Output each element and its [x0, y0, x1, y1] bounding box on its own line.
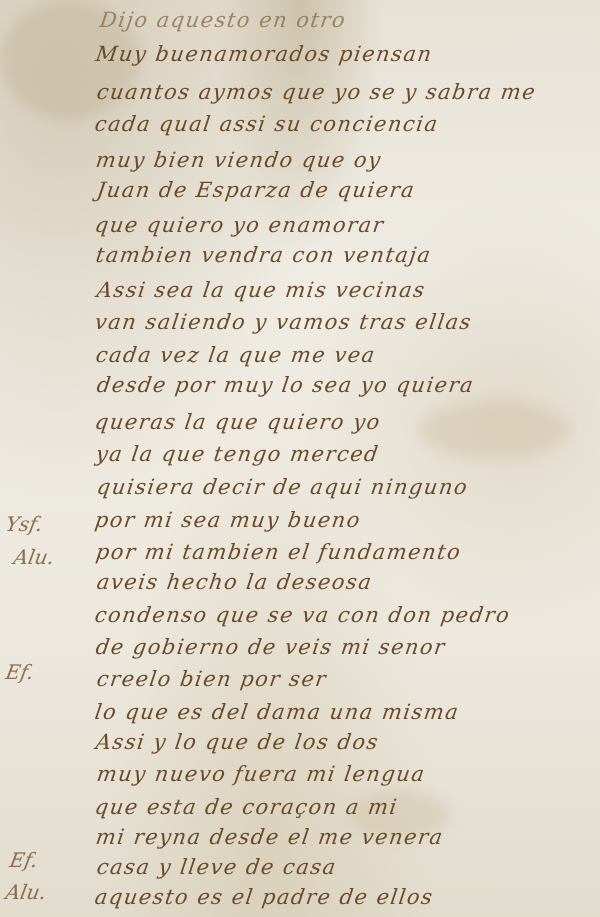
- manuscript-line: desde por muy lo sea yo quiera: [95, 373, 476, 397]
- margin-speaker-note: Ef.: [4, 660, 36, 684]
- manuscript-line: cuantos aymos que yo se y sabra me: [95, 80, 538, 104]
- manuscript-line: quisiera decir de aqui ninguno: [95, 475, 470, 499]
- manuscript-line: Assi sea la que mis vecinas: [95, 278, 427, 302]
- manuscript-line: que quiero yo enamorar: [93, 213, 386, 237]
- manuscript-line: aquesto es el padre de ellos: [93, 885, 435, 909]
- margin-speaker-note: Ef.: [8, 848, 40, 872]
- margin-speaker-note: Alu.: [12, 545, 56, 569]
- manuscript-line: creelo bien por ser: [95, 667, 328, 691]
- manuscript-line: van saliendo y vamos tras ellas: [93, 310, 473, 334]
- manuscript-line: ya la que tengo merced: [94, 442, 381, 466]
- manuscript-line: Juan de Esparza de quiera: [95, 178, 417, 202]
- manuscript-line: por mi tambien el fundamento: [94, 540, 463, 564]
- manuscript-line: queras la que quiero yo: [93, 410, 382, 434]
- manuscript-line: mi reyna desde el me venera: [94, 825, 445, 849]
- manuscript-line: casa y lleve de casa: [95, 855, 338, 879]
- manuscript-line: cada qual assi su conciencia: [93, 112, 440, 136]
- manuscript-line: Assi y lo que de los dos: [94, 730, 380, 754]
- manuscript-page: Dijo aquesto en otroMuy buenamorados pie…: [0, 0, 600, 917]
- manuscript-line: condenso que se va con don pedro: [93, 603, 512, 627]
- manuscript-line: muy bien viendo que oy: [94, 148, 383, 172]
- margin-speaker-note: Alu.: [4, 880, 48, 904]
- manuscript-line: Dijo aquesto en otro: [98, 8, 348, 32]
- manuscript-line: cada vez la que me vea: [94, 343, 377, 367]
- manuscript-line: aveis hecho la deseosa: [95, 570, 374, 594]
- manuscript-line: tambien vendra con ventaja: [94, 243, 433, 267]
- manuscript-line: Muy buenamorados piensan: [94, 42, 434, 66]
- margin-speaker-note: Ysf.: [4, 512, 45, 536]
- manuscript-line: de gobierno de veis mi senor: [94, 635, 447, 659]
- manuscript-line: lo que es del dama una misma: [93, 700, 461, 724]
- manuscript-line: que esta de coraçon a mi: [93, 795, 399, 819]
- water-stain: [420, 400, 570, 460]
- manuscript-line: muy nuevo fuera mi lengua: [95, 762, 427, 786]
- manuscript-line: por mi sea muy bueno: [93, 508, 362, 532]
